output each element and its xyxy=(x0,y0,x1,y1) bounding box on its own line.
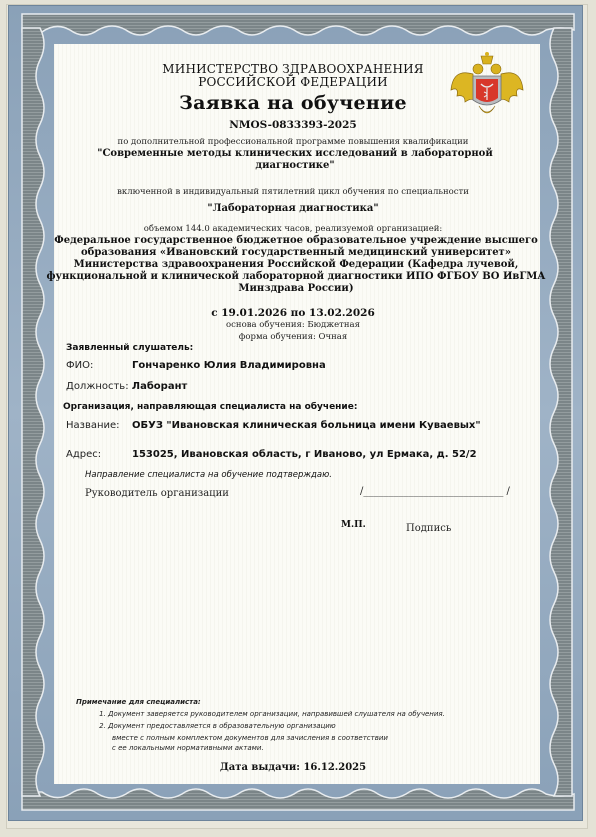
org-name-label: Название: xyxy=(66,420,120,431)
signature-label: Подпись xyxy=(406,523,451,534)
listener-heading: Заявленный слушатель: xyxy=(66,343,193,353)
position-row: Должность: Лаборант xyxy=(66,381,187,392)
position-label: Должность: xyxy=(66,381,129,392)
cycle-intro: включенной в индивидуальный пятилетний ц… xyxy=(50,187,536,197)
program-hours: объемом 144.0 академических часов, реали… xyxy=(50,224,536,234)
note-item: Документ предоставляется в образовательн… xyxy=(108,721,445,731)
issue-date: Дата выдачи: 16.12.2025 xyxy=(50,762,536,773)
head-of-organization-label: Руководитель организации xyxy=(85,488,229,499)
org-address-label: Адрес: xyxy=(66,449,101,460)
org-address-value: 153025, Ивановская область, г Иваново, у… xyxy=(132,449,477,460)
org-name-value: ОБУЗ "Ивановская клиническая больница им… xyxy=(132,420,481,431)
note-continuation-2: с ее локальными нормативными актами. xyxy=(76,743,445,753)
notes-heading: Примечание для специалиста: xyxy=(76,697,445,707)
confirmation-text: Направление специалиста на обучение подт… xyxy=(85,470,332,480)
registration-number: NMOS-0833393-2025 xyxy=(50,119,536,131)
position-value: Лаборант xyxy=(132,381,188,392)
note-item: Документ заверяется руководителем органи… xyxy=(108,709,445,719)
fio-row: ФИО: xyxy=(66,360,93,371)
specialty: "Лабораторная диагностика" xyxy=(50,203,536,214)
fio-label: ФИО: xyxy=(66,360,93,371)
note-continuation-1: вместе с полным комплектом документов дл… xyxy=(76,733,445,743)
program-name: "Современные методы клинических исследов… xyxy=(80,148,510,172)
sending-org-heading: Организация, направляющая специалиста на… xyxy=(63,402,357,412)
educational-organization: Федеральное государственное бюджетное об… xyxy=(46,235,546,295)
notes-list: Документ заверяется руководителем органи… xyxy=(76,709,445,731)
training-basis: основа обучения: Бюджетная xyxy=(50,320,536,330)
training-dates: с 19.01.2026 по 13.02.2026 xyxy=(50,307,536,319)
ministry-of-health-eagle-emblem-icon xyxy=(447,50,527,130)
notes-section: Примечание для специалиста: Документ зав… xyxy=(76,697,445,753)
fio-value: Гончаренко Юлия Владимировна xyxy=(132,360,326,371)
training-form: форма обучения: Очная xyxy=(50,332,536,342)
stamp-label: М.П. xyxy=(341,520,366,530)
program-intro: по дополнительной профессиональной прогр… xyxy=(50,137,536,147)
signature-line: /____________________________ / xyxy=(360,486,510,497)
page-title: Заявка на обучение xyxy=(50,92,536,114)
